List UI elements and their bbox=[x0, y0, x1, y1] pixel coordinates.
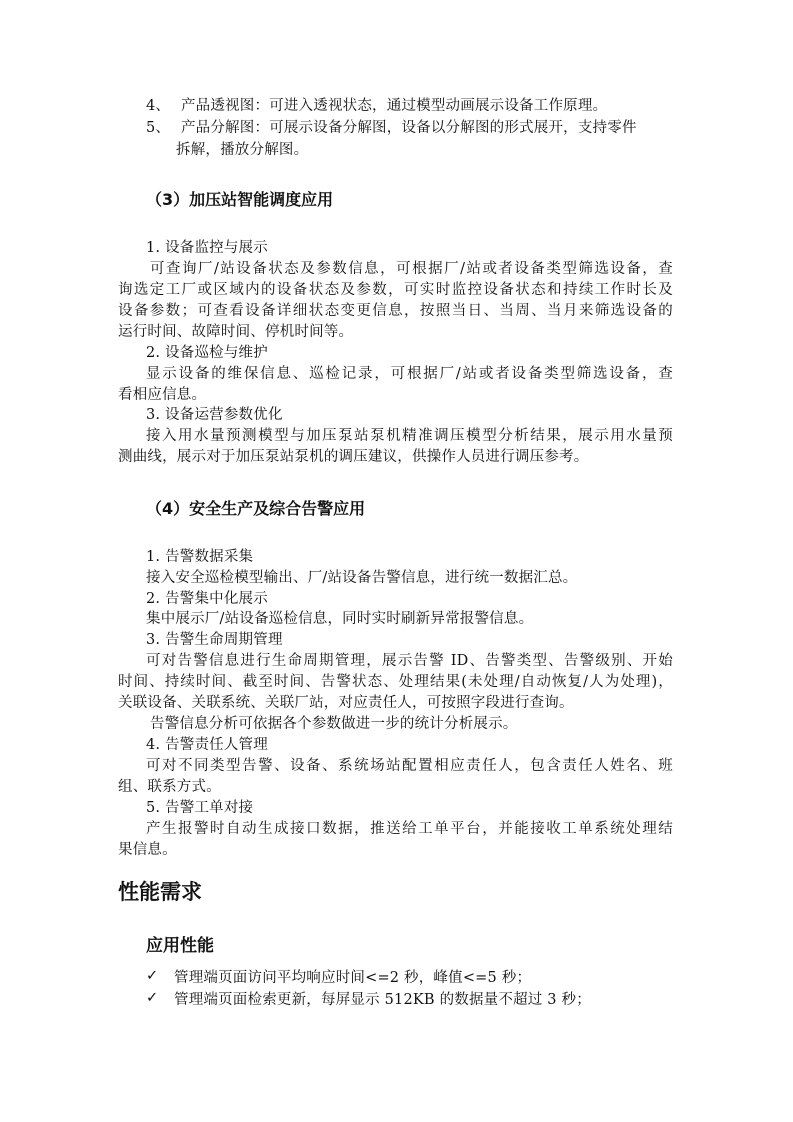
paragraph-line: 集中展示厂/站设备巡检信息，同时实时刷新异常报警信息。 bbox=[146, 609, 533, 629]
paragraph-line: 可对告警信息进行生命周期管理，展示告警 ID、告警类型、告警级别、开始 bbox=[146, 651, 673, 671]
document-page: 4、 产品透视图：可进入透视状态，通过模型动画展示设备工作原理。 5、 产品分解… bbox=[0, 0, 793, 1122]
paragraph-line: 告警信息分析可依据各个参数做进一步的统计分析展示。 bbox=[150, 714, 518, 734]
section-heading: （3）加压站智能调度应用 bbox=[146, 187, 333, 210]
list-text: 产品透视图：可进入透视状态，通过模型动画展示设备工作原理。 bbox=[181, 98, 607, 114]
paragraph-line: 时间、持续时间、截至时间、告警状态、处理结果(未处理/自动恢复/人为处理)， bbox=[118, 672, 673, 692]
paragraph-line: 可查询厂/站设备状态及参数信息，可根据厂/站或者设备类型筛选设备，查 bbox=[150, 259, 673, 279]
item-title: 3. 告警生命周期管理 bbox=[146, 630, 283, 650]
list-item: 4、 产品透视图：可进入透视状态，通过模型动画展示设备工作原理。 bbox=[146, 96, 607, 116]
paragraph-line: 接入安全巡检模型输出、厂/站设备告警信息，进行统一数据汇总。 bbox=[146, 568, 577, 588]
list-number: 4、 bbox=[146, 98, 170, 114]
section-heading: （4）安全生产及综合告警应用 bbox=[146, 496, 365, 519]
checkmark-icon: ✓ bbox=[146, 968, 158, 984]
list-item-continuation: 拆解，播放分解图。 bbox=[176, 140, 308, 160]
paragraph-line: 测曲线，展示对于加压泵站泵机的调压建议，供操作人员进行调压参考。 bbox=[118, 447, 588, 467]
item-title: 1. 设备监控与展示 bbox=[146, 238, 268, 258]
paragraph-line: 询选定工厂或区域内的设备状态及参数，可实时监控设备状态和持续工作时长及 bbox=[118, 280, 673, 300]
item-title: 2. 告警集中化展示 bbox=[146, 589, 268, 609]
paragraph-line: 产生报警时自动生成接口数据，推送给工单平台，并能接收工单系统处理结 bbox=[146, 819, 673, 839]
bullet-text: 管理端页面访问平均响应时间<=2 秒，峰值<=5 秒； bbox=[174, 968, 531, 988]
item-title: 3. 设备运营参数优化 bbox=[146, 405, 283, 425]
paragraph-line: 显示设备的维保信息、巡检记录，可根据厂/站或者设备类型筛选设备，查 bbox=[146, 364, 673, 384]
bullet-text: 管理端页面检索更新，每屏显示 512KB 的数据量不超过 3 秒； bbox=[174, 990, 591, 1010]
paragraph-line: 接入用水量预测模型与加压泵站泵机精准调压模型分析结果，展示用水量预 bbox=[146, 426, 673, 446]
item-title: 5. 告警工单对接 bbox=[146, 798, 253, 818]
paragraph-line: 可对不同类型告警、设备、系统场站配置相应责任人，包含责任人姓名、班 bbox=[146, 756, 673, 776]
subsection-heading: 应用性能 bbox=[146, 931, 214, 956]
chapter-heading: 性能需求 bbox=[118, 876, 202, 906]
paragraph-line: 关联设备、关联系统、关联厂站，对应责任人，可按照字段进行查询。 bbox=[118, 693, 574, 713]
item-title: 4. 告警责任人管理 bbox=[146, 735, 268, 755]
paragraph-line: 看相应信息。 bbox=[118, 385, 206, 405]
paragraph-line: 运行时间、故障时间、停机时间等。 bbox=[118, 322, 353, 342]
list-number: 5、 bbox=[146, 120, 170, 136]
paragraph-line: 组、联系方式。 bbox=[118, 777, 221, 797]
paragraph-line: 设备参数；可查看设备详细状态变更信息，按照当日、当周、当月来筛选设备的 bbox=[118, 301, 673, 321]
list-text: 产品分解图：可展示设备分解图，设备以分解图的形式展开，支持零件 bbox=[181, 120, 637, 136]
list-item: 5、 产品分解图：可展示设备分解图，设备以分解图的形式展开，支持零件 bbox=[146, 118, 637, 138]
checkmark-icon: ✓ bbox=[146, 990, 158, 1006]
item-title: 1. 告警数据采集 bbox=[146, 547, 253, 567]
paragraph-line: 果信息。 bbox=[118, 840, 177, 860]
item-title: 2. 设备巡检与维护 bbox=[146, 343, 268, 363]
